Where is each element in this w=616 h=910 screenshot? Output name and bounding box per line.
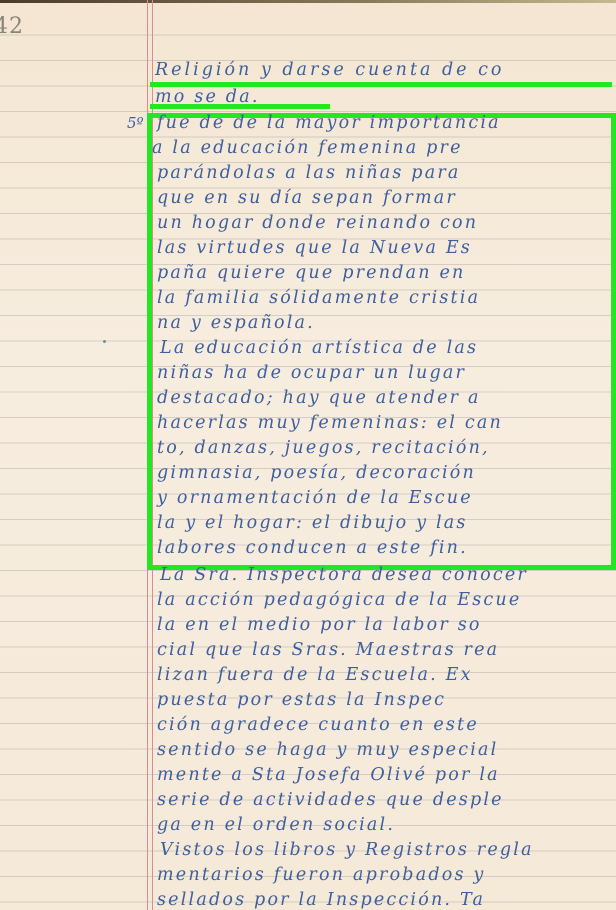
- text-line: ción agradece cuanto en este: [157, 715, 479, 735]
- text-line: un hogar donde reinando con: [157, 213, 478, 233]
- notebook-page: 42 Religión y darse cuenta de co mo se d…: [0, 0, 616, 910]
- text-line: y ornamentación de la Escue: [157, 488, 473, 508]
- text-line: a la educación femenina pre: [152, 138, 463, 158]
- text-line: La educación artística de las: [160, 338, 478, 358]
- text-line: destacado; hay que atender a: [157, 388, 481, 408]
- page-top-edge: [0, 0, 616, 3]
- text-line: mentarios fueron aprobados y: [157, 865, 486, 885]
- text-line: la acción pedagógica de la Escue: [157, 590, 521, 610]
- text-line: parándolas a las niñas para: [157, 163, 461, 183]
- text-line: labores conducen a este fin.: [157, 538, 468, 558]
- text-line: ga en el orden social.: [157, 815, 395, 835]
- text-line: serie de actividades que desple: [157, 790, 504, 810]
- text-line: cial que las Sras. Maestras rea: [157, 640, 499, 660]
- text-line: lizan fuera de la Escuela. Ex: [157, 665, 473, 685]
- text-line: la y el hogar: el dibujo y las: [157, 513, 468, 533]
- text-line: Vistos los libros y Registros regla: [160, 840, 534, 860]
- text-line: mente a Sta Josefa Olivé por la: [157, 765, 500, 785]
- text-line: sellados por la Inspección. Ta: [157, 890, 485, 910]
- text-line: na y española.: [157, 313, 315, 333]
- text-line: hacerlas muy femeninas: el can: [157, 413, 503, 433]
- text-line: niñas ha de ocupar un lugar: [157, 363, 466, 383]
- heading-highlight-2: [150, 104, 330, 109]
- text-line: las virtudes que la Nueva Es: [157, 238, 472, 258]
- item-number: 5º: [127, 114, 144, 132]
- heading-line-1: Religión y darse cuenta de co: [155, 60, 504, 80]
- text-line: to, danzas, juegos, recitación,: [157, 438, 490, 458]
- ink-spot: [103, 340, 106, 343]
- text-line: fue de de la mayor importancia: [157, 113, 501, 133]
- text-line: paña quiere que prendan en: [157, 263, 466, 283]
- text-line: que en su día sepan formar: [157, 188, 457, 208]
- text-line: sentido se haga y muy especial: [157, 740, 498, 760]
- text-line: La Sra. Inspectora desea conocer: [160, 565, 528, 585]
- text-line: la familia sólidamente cristia: [157, 288, 480, 308]
- text-line: gimnasia, poesía, decoración: [157, 463, 476, 483]
- text-line: puesta por estas la Inspec: [157, 690, 446, 710]
- text-line: la en el medio por la labor so: [157, 615, 482, 635]
- page-number: 42: [0, 14, 24, 39]
